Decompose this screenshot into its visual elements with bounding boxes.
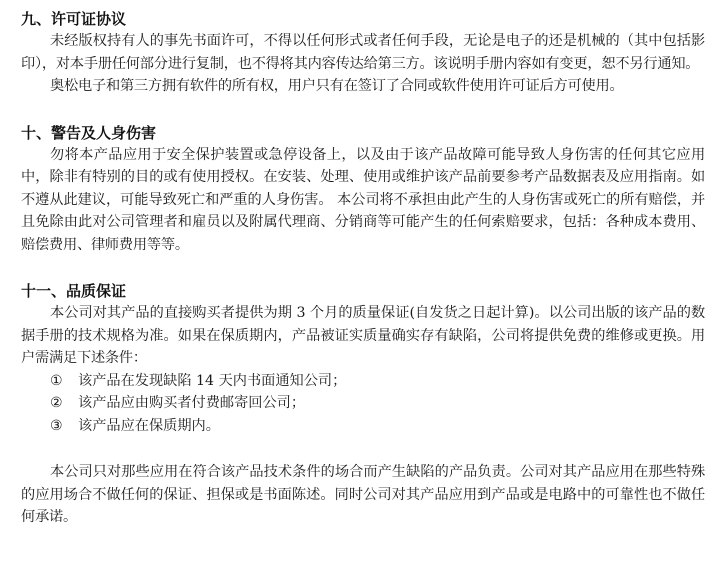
list-item: ③ 该产品应在保质期内。: [50, 415, 705, 438]
condition-text: 该产品在发现缺陷 14 天内书面通知公司；: [78, 370, 346, 393]
section-warning-personal-injury: 十、警告及人身伤害 勿将本产品应用于安全保护装置或急停设备上，以及由于该产品故障…: [21, 122, 705, 257]
paragraph: 勿将本产品应用于安全保护装置或急停设备上，以及由于该产品故障可能导致人身伤害的任…: [21, 144, 705, 257]
spacer: [21, 437, 705, 461]
section-heading: 十、警告及人身伤害: [21, 122, 705, 144]
list-item: ② 该产品应由购买者付费邮寄回公司；: [50, 392, 705, 415]
circled-number: ③: [50, 415, 78, 438]
spacer: [21, 256, 705, 280]
section-license-agreement: 九、许可证协议 未经版权持有人的事先书面许可，不得以任何形式或者任何手段，无论是…: [21, 8, 705, 98]
spacer: [21, 98, 705, 122]
condition-text: 该产品应由购买者付费邮寄回公司；: [78, 392, 305, 415]
condition-text: 该产品应在保质期内。: [78, 415, 220, 438]
document-page: 九、许可证协议 未经版权持有人的事先书面许可，不得以任何形式或者任何手段，无论是…: [0, 0, 725, 529]
paragraph: 未经版权持有人的事先书面许可，不得以任何形式或者任何手段，无论是电子的还是机械的…: [21, 30, 705, 75]
paragraph: 奥松电子和第三方拥有软件的所有权，用户只有在签订了合同或软件使用许可证后方可使用…: [21, 75, 705, 98]
section-heading: 九、许可证协议: [21, 8, 705, 30]
circled-number: ②: [50, 392, 78, 415]
section-quality-assurance: 十一、品质保证 本公司对其产品的直接购买者提供为期 3 个月的质量保证(自发货之…: [21, 280, 705, 529]
circled-number: ①: [50, 370, 78, 393]
conditions-list: ① 该产品在发现缺陷 14 天内书面通知公司； ② 该产品应由购买者付费邮寄回公…: [21, 370, 705, 438]
paragraph: 本公司对其产品的直接购买者提供为期 3 个月的质量保证(自发货之日起计算)。以公…: [21, 302, 705, 370]
list-item: ① 该产品在发现缺陷 14 天内书面通知公司；: [50, 370, 705, 393]
section-heading: 十一、品质保证: [21, 280, 705, 302]
closing-paragraph: 本公司只对那些应用在符合该产品技术条件的场合而产生缺陷的产品负责。公司对其产品应…: [21, 461, 705, 529]
